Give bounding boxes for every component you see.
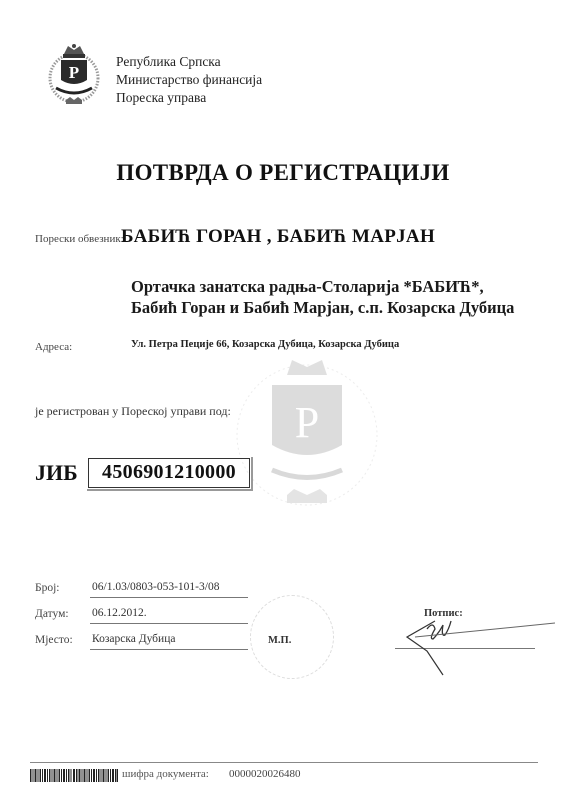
- number-underline: [90, 597, 248, 598]
- place-underline: [90, 649, 248, 650]
- number-value: 06/1.03/0803-053-101-3/08: [92, 581, 219, 593]
- document-code-label: шифра документа:: [122, 768, 209, 780]
- document-code-value: 0000020026480: [229, 768, 301, 780]
- jib-box: 4506901210000: [88, 458, 250, 488]
- date-value: 06.12.2012.: [92, 607, 147, 619]
- svg-text:P: P: [295, 398, 319, 447]
- jib-label: ЈИБ: [35, 460, 78, 486]
- taxpayer-label: Порески обвезник:: [35, 233, 124, 245]
- address-value: Ул. Петра Пецијe 66, Козарска Дубица, Ко…: [131, 339, 399, 350]
- place-value: Козарска Дубица: [92, 633, 175, 645]
- seal-area: [250, 595, 334, 679]
- taxpayer-name: БАБИЋ ГОРАН , БАБИЋ МАРЈАН: [121, 226, 435, 248]
- registered-text: је регистрован у Пореској управи под:: [35, 404, 231, 419]
- address-label: Адреса:: [35, 341, 72, 353]
- watermark-stamp-icon: P: [232, 345, 382, 525]
- header-ministry: Министарство финансија: [116, 71, 262, 89]
- footer-divider: [30, 762, 538, 763]
- barcode-icon: [30, 769, 118, 782]
- header-republic: Република Српска: [116, 53, 221, 71]
- signature-icon: [405, 615, 555, 677]
- header-tax-administration: Пореска управа: [116, 89, 206, 107]
- jib-value: 4506901210000: [89, 461, 249, 484]
- svg-text:P: P: [69, 63, 79, 82]
- date-underline: [90, 623, 248, 624]
- seal-label: М.П.: [268, 635, 291, 646]
- number-label: Број:: [35, 582, 60, 594]
- place-label: Мјесто:: [35, 634, 73, 646]
- date-label: Датум:: [35, 608, 69, 620]
- page-title: ПОТВРДА О РЕГИСТРАЦИЈИ: [0, 160, 566, 186]
- business-name: Ортачка занатска радња-Столарија *БАБИЋ*…: [131, 276, 531, 318]
- coat-of-arms-icon: P: [44, 42, 104, 108]
